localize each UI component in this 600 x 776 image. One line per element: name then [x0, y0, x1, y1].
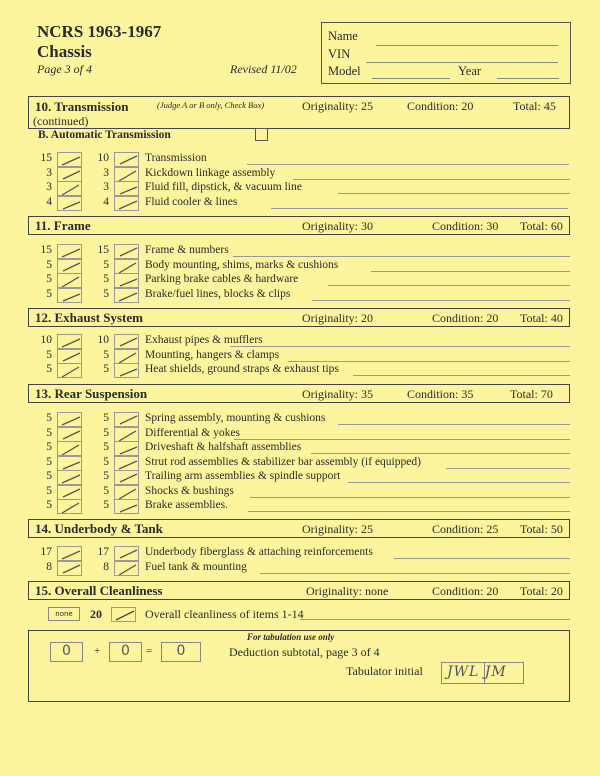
originality-max-points: 5 — [28, 288, 52, 300]
section-title: 11. Frame — [35, 218, 91, 234]
condition-max-points: 8 — [85, 561, 109, 573]
vin-field[interactable] — [366, 62, 558, 63]
item-label: Heat shields, ground straps & exhaust ti… — [145, 363, 339, 375]
originality-deduction-box[interactable] — [57, 334, 82, 349]
originality-deduction-box[interactable] — [57, 181, 82, 196]
comment-line[interactable] — [271, 208, 568, 209]
originality-deduction-box[interactable] — [57, 196, 82, 211]
comment-line[interactable] — [300, 619, 570, 620]
item-label: Mounting, hangers & clamps — [145, 349, 279, 361]
item-label: Kickdown linkage assembly — [145, 167, 275, 179]
item-label: Body mounting, shims, marks & cushions — [145, 259, 338, 271]
originality-max-points: 3 — [28, 167, 52, 179]
originality-max-points: 5 — [28, 441, 52, 453]
originality-deduction-box[interactable] — [57, 273, 82, 288]
section-title: 13. Rear Suspension — [35, 386, 147, 402]
originality-deduction-box[interactable] — [57, 546, 82, 561]
condition-deduction-box[interactable] — [114, 334, 139, 349]
item-label: Driveshaft & halfshaft assemblies — [145, 441, 301, 453]
list-item: 17 17 Underbody fiberglass & attaching r… — [28, 546, 573, 561]
list-item: 5 5 Brake assemblies. — [28, 499, 573, 514]
list-item: 5 5 Shocks & bushings — [28, 485, 573, 500]
deduction-box-1[interactable]: 0 — [50, 642, 83, 662]
item-label: Shocks & bushings — [145, 485, 234, 497]
section-frame-header: 11. Frame Originality: 30 Condition: 30 … — [28, 216, 570, 235]
originality-deduction-box[interactable] — [57, 152, 82, 167]
item-label: Fluid fill, dipstick, & vacuum line — [145, 181, 302, 193]
originality-deduction-box[interactable] — [57, 412, 82, 427]
condition-points: Condition: 25 — [432, 522, 498, 537]
section-title: 10. Transmission — [35, 99, 128, 115]
originality-max-points: 5 — [28, 349, 52, 361]
condition-points: Condition: 35 — [407, 387, 473, 402]
originality-none-box: none — [48, 607, 80, 621]
item-label: Strut rod assemblies & stabilizer bar as… — [145, 456, 421, 468]
section-title: 15. Overall Cleanliness — [35, 583, 162, 599]
comment-line[interactable] — [311, 453, 570, 454]
condition-max-points: 5 — [85, 456, 109, 468]
comment-line[interactable] — [233, 256, 570, 257]
originality-points: Originality: none — [306, 584, 388, 599]
condition-max-points: 17 — [85, 546, 109, 558]
comment-line[interactable] — [230, 346, 570, 347]
condition-deduction-box[interactable] — [114, 561, 139, 576]
comment-line[interactable] — [371, 271, 570, 272]
condition-max-points: 10 — [85, 152, 109, 164]
originality-max-points: 5 — [28, 427, 52, 439]
vehicle-id-box: Name VIN Model Year — [321, 22, 571, 84]
condition-max-points: 3 — [85, 181, 109, 193]
year-field[interactable] — [497, 78, 559, 79]
comment-line[interactable] — [248, 511, 570, 512]
originality-deduction-box[interactable] — [57, 485, 82, 500]
originality-max-points: 15 — [28, 244, 52, 256]
list-item: 15 10 Transmission — [28, 152, 573, 167]
judge-note: (Judge A or B only, Check Box) — [157, 100, 264, 110]
originality-max-points: 5 — [28, 456, 52, 468]
item-label: Parking brake cables & hardware — [145, 273, 298, 285]
item-label: Spring assembly, mounting & cushions — [145, 412, 325, 424]
condition-deduction-box[interactable] — [114, 196, 139, 211]
originality-deduction-box[interactable] — [57, 363, 82, 378]
condition-max-points: 15 — [85, 244, 109, 256]
model-field[interactable] — [372, 78, 450, 79]
comment-line[interactable] — [250, 497, 570, 498]
vin-label: VIN — [328, 47, 350, 62]
list-item: 10 10 Exhaust pipes & mufflers — [28, 334, 573, 349]
item-label: Fuel tank & mounting — [145, 561, 247, 573]
originality-points: Originality: 35 — [302, 387, 373, 402]
tabulation-box: For tabulation use only 0 + 0 = 0 Deduct… — [28, 630, 570, 702]
section-title: 14. Underbody & Tank — [35, 521, 163, 537]
condition-max-points: 5 — [85, 349, 109, 361]
condition-max-points: 3 — [85, 167, 109, 179]
condition-deduction-box[interactable] — [114, 499, 139, 514]
item-label: Transmission — [145, 152, 207, 164]
condition-max-points: 5 — [85, 441, 109, 453]
model-label: Model — [328, 64, 361, 79]
section-underbody-header: 14. Underbody & Tank Originality: 25 Con… — [28, 519, 570, 538]
condition-deduction-box[interactable] — [114, 259, 139, 274]
condition-max-points: 5 — [85, 288, 109, 300]
condition-deduction-box[interactable] — [114, 363, 139, 378]
list-item: 5 5 Trailing arm assemblies & spindle su… — [28, 470, 573, 485]
condition-max-points: 5 — [85, 363, 109, 375]
item-label: Frame & numbers — [145, 244, 229, 256]
originality-max-points: 5 — [28, 470, 52, 482]
comment-line[interactable] — [328, 285, 570, 286]
originality-deduction-box[interactable] — [57, 427, 82, 442]
condition-deduction-box[interactable] — [114, 244, 139, 259]
list-item: 5 5 Parking brake cables & hardware — [28, 273, 573, 288]
condition-max-points: 20 — [90, 607, 102, 622]
item-label: Brake/fuel lines, blocks & clips — [145, 288, 290, 300]
total-points: Total: 40 — [520, 311, 563, 326]
condition-deduction-box[interactable] — [114, 349, 139, 364]
originality-max-points: 5 — [28, 259, 52, 271]
originality-deduction-box[interactable] — [57, 470, 82, 485]
originality-max-points: 5 — [28, 273, 52, 285]
list-item: 3 3 Kickdown linkage assembly — [28, 167, 573, 182]
condition-max-points: 4 — [85, 196, 109, 208]
list-item: 3 3 Fluid fill, dipstick, & vacuum line — [28, 181, 573, 196]
subtotal-label: Deduction subtotal, page 3 of 4 — [229, 645, 380, 660]
total-points: Total: 50 — [520, 522, 563, 537]
condition-deduction-box[interactable] — [114, 152, 139, 167]
condition-deduction-box[interactable] — [114, 470, 139, 485]
originality-points: Originality: 25 — [302, 99, 373, 114]
comment-line[interactable] — [338, 193, 570, 194]
item-label: Underbody fiberglass & attaching reinfor… — [145, 546, 373, 558]
form-subtitle: Chassis — [37, 42, 92, 62]
item-label: Exhaust pipes & mufflers — [145, 334, 263, 346]
originality-max-points: 3 — [28, 181, 52, 193]
continued-label: (continued) — [33, 114, 88, 129]
comment-line[interactable] — [338, 424, 570, 425]
condition-deduction-box[interactable] — [111, 607, 136, 622]
condition-deduction-box[interactable] — [114, 441, 139, 456]
item-label: Trailing arm assemblies & spindle suppor… — [145, 470, 340, 482]
originality-points: Originality: 30 — [302, 219, 373, 234]
year-label: Year — [458, 64, 481, 79]
originality-deduction-box[interactable] — [57, 167, 82, 182]
comment-line[interactable] — [394, 558, 570, 559]
page-number: Page 3 of 4 — [37, 62, 92, 77]
originality-max-points: 15 — [28, 152, 52, 164]
condition-max-points: 5 — [85, 499, 109, 511]
condition-deduction-box[interactable] — [114, 485, 139, 500]
condition-deduction-box[interactable] — [114, 288, 139, 303]
list-item: 5 5 Heat shields, ground straps & exhaus… — [28, 363, 573, 378]
condition-max-points: 5 — [85, 427, 109, 439]
total-points: Total: 60 — [520, 219, 563, 234]
condition-deduction-box[interactable] — [114, 167, 139, 182]
form-title: NCRS 1963-1967 — [37, 22, 161, 42]
condition-deduction-box[interactable] — [114, 427, 139, 442]
condition-max-points: 5 — [85, 470, 109, 482]
automatic-transmission-checkbox[interactable] — [255, 128, 268, 141]
condition-max-points: 5 — [85, 273, 109, 285]
condition-points: Condition: 30 — [432, 219, 498, 234]
originality-deduction-box[interactable] — [57, 349, 82, 364]
originality-deduction-box[interactable] — [57, 259, 82, 274]
condition-deduction-box[interactable] — [114, 181, 139, 196]
comment-line[interactable] — [260, 573, 570, 574]
originality-deduction-box[interactable] — [57, 244, 82, 259]
item-label: Overall cleanliness of items 1-14 — [145, 607, 304, 622]
condition-max-points: 10 — [85, 334, 109, 346]
list-item: 5 5 Brake/fuel lines, blocks & clips — [28, 288, 573, 303]
comment-line[interactable] — [293, 179, 570, 180]
originality-max-points: 4 — [28, 196, 52, 208]
condition-max-points: 5 — [85, 485, 109, 497]
list-item: 8 8 Fuel tank & mounting — [28, 561, 573, 576]
condition-max-points: 5 — [85, 412, 109, 424]
condition-points: Condition: 20 — [432, 584, 498, 599]
originality-max-points: 5 — [28, 499, 52, 511]
originality-deduction-box[interactable] — [57, 456, 82, 471]
list-item: none 20 Overall cleanliness of items 1-1… — [28, 607, 573, 622]
deduction-box-2[interactable]: 0 — [109, 642, 142, 662]
originality-points: Originality: 20 — [302, 311, 373, 326]
list-item: 4 4 Fluid cooler & lines — [28, 196, 573, 211]
comment-line[interactable] — [348, 482, 570, 483]
comment-line[interactable] — [288, 361, 570, 362]
total-points: Total: 45 — [513, 99, 556, 114]
deduction-subtotal-box[interactable]: 0 — [161, 642, 201, 662]
originality-max-points: 8 — [28, 561, 52, 573]
condition-deduction-box[interactable] — [114, 546, 139, 561]
originality-max-points: 5 — [28, 363, 52, 375]
revision-date: Revised 11/02 — [230, 62, 297, 77]
condition-deduction-box[interactable] — [114, 456, 139, 471]
automatic-transmission-label: B. Automatic Transmission — [38, 129, 171, 141]
comment-line[interactable] — [353, 375, 570, 376]
condition-max-points: 5 — [85, 259, 109, 271]
tabulation-heading: For tabulation use only — [247, 632, 334, 642]
list-item: 5 5 Driveshaft & halfshaft assemblies — [28, 441, 573, 456]
name-field[interactable] — [376, 45, 558, 46]
originality-max-points: 5 — [28, 485, 52, 497]
comment-line[interactable] — [446, 468, 570, 469]
section-exhaust-header: 12. Exhaust System Originality: 20 Condi… — [28, 308, 570, 327]
list-item: 5 5 Strut rod assemblies & stabilizer ba… — [28, 456, 573, 471]
comment-line[interactable] — [234, 439, 570, 440]
originality-deduction-box[interactable] — [57, 499, 82, 514]
condition-deduction-box[interactable] — [114, 273, 139, 288]
name-label: Name — [328, 29, 358, 44]
originality-deduction-box[interactable] — [57, 288, 82, 303]
item-label: Brake assemblies. — [145, 499, 228, 511]
section-transmission-header: 10. Transmission (Judge A or B only, Che… — [28, 96, 570, 129]
originality-deduction-box[interactable] — [57, 561, 82, 576]
equals-sign: = — [146, 645, 152, 657]
plus-sign: + — [94, 645, 100, 657]
originality-deduction-box[interactable] — [57, 441, 82, 456]
condition-deduction-box[interactable] — [114, 412, 139, 427]
item-label: Fluid cooler & lines — [145, 196, 237, 208]
list-item: 15 15 Frame & numbers — [28, 244, 573, 259]
total-points: Total: 70 — [510, 387, 553, 402]
list-item: 5 5 Body mounting, shims, marks & cushio… — [28, 259, 573, 274]
list-item: 5 5 Differential & yokes — [28, 427, 573, 442]
originality-max-points: 5 — [28, 412, 52, 424]
originality-points: Originality: 25 — [302, 522, 373, 537]
total-points: Total: 20 — [520, 584, 563, 599]
list-item: 5 5 Spring assembly, mounting & cushions — [28, 412, 573, 427]
item-label: Differential & yokes — [145, 427, 240, 439]
section-cleanliness-header: 15. Overall Cleanliness Originality: non… — [28, 581, 570, 600]
section-title: 12. Exhaust System — [35, 310, 143, 326]
originality-max-points: 10 — [28, 334, 52, 346]
condition-points: Condition: 20 — [407, 99, 473, 114]
tabulator-initial-label: Tabulator initial — [346, 664, 423, 679]
tabulator-initials: JWL JM — [447, 664, 507, 680]
originality-max-points: 17 — [28, 546, 52, 558]
comment-line[interactable] — [312, 300, 570, 301]
comment-line[interactable] — [247, 164, 569, 165]
list-item: 5 5 Mounting, hangers & clamps — [28, 349, 573, 364]
section-rear-suspension-header: 13. Rear Suspension Originality: 35 Cond… — [28, 384, 570, 403]
condition-points: Condition: 20 — [432, 311, 498, 326]
